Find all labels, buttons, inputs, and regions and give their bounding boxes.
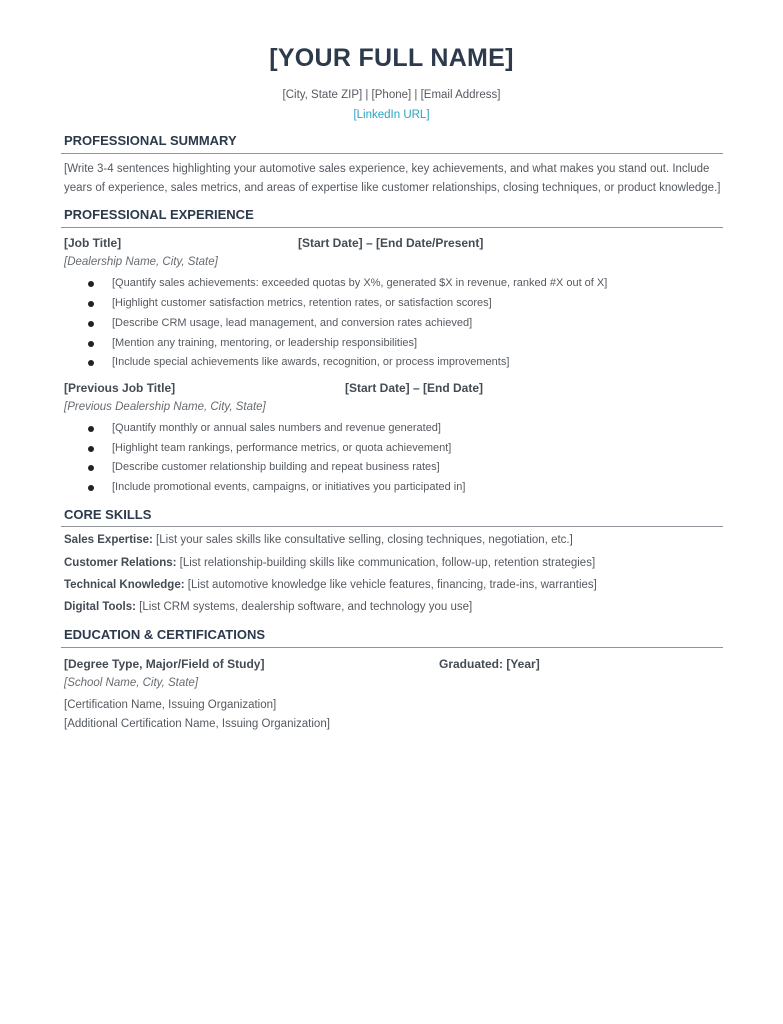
skill-text: [List CRM systems, dealership software, …: [136, 601, 472, 613]
section-divider: [61, 526, 723, 527]
job-bullet: [Describe CRM usage, lead management, an…: [112, 317, 472, 329]
summary-line: years of experience, sales metrics, and …: [64, 182, 720, 194]
experience-heading: PROFESSIONAL EXPERIENCE: [64, 207, 254, 222]
skill-label: Sales Expertise:: [64, 534, 153, 546]
bullet-icon: [88, 360, 94, 366]
job-bullet: [Include special achievements like award…: [112, 356, 509, 368]
bullet-icon: [88, 281, 94, 287]
section-divider: [61, 153, 723, 154]
job-bullet: [Highlight team rankings, performance me…: [112, 442, 451, 454]
job-bullet: [Highlight customer satisfaction metrics…: [112, 297, 492, 309]
job-dates: [Start Date] – [End Date/Present]: [298, 236, 483, 250]
skill-text: [List your sales skills like consultativ…: [153, 534, 573, 546]
job-bullet: [Include promotional events, campaigns, …: [112, 481, 465, 493]
summary-heading: PROFESSIONAL SUMMARY: [64, 133, 237, 148]
section-divider: [61, 647, 723, 648]
school-name: [School Name, City, State]: [64, 677, 198, 689]
resume-page: [YOUR FULL NAME] [City, State ZIP] | [Ph…: [0, 0, 783, 1024]
bullet-icon: [88, 301, 94, 307]
job-dates: [Start Date] – [End Date]: [345, 381, 483, 395]
skill-label: Customer Relations:: [64, 557, 176, 569]
certification: [Additional Certification Name, Issuing …: [64, 718, 330, 730]
bullet-icon: [88, 446, 94, 452]
bullet-icon: [88, 465, 94, 471]
bullet-icon: [88, 426, 94, 432]
contact-line: [City, State ZIP] | [Phone] | [Email Add…: [0, 89, 783, 101]
certification: [Certification Name, Issuing Organizatio…: [64, 699, 276, 711]
skills-heading: CORE SKILLS: [64, 507, 151, 522]
education-heading: EDUCATION & CERTIFICATIONS: [64, 627, 265, 642]
summary-line: [Write 3-4 sentences highlighting your a…: [64, 163, 709, 175]
job-bullet: [Quantify monthly or annual sales number…: [112, 422, 441, 434]
job-bullet: [Mention any training, mentoring, or lea…: [112, 337, 417, 349]
job-company: [Previous Dealership Name, City, State]: [64, 401, 266, 413]
bullet-icon: [88, 321, 94, 327]
bullet-icon: [88, 485, 94, 491]
skill-row: Customer Relations: [List relationship-b…: [64, 557, 595, 569]
job-bullet: [Quantify sales achievements: exceeded q…: [112, 277, 607, 289]
full-name: [YOUR FULL NAME]: [0, 44, 783, 73]
skill-text: [List automotive knowledge like vehicle …: [185, 579, 597, 591]
skill-row: Digital Tools: [List CRM systems, dealer…: [64, 601, 472, 613]
job-title: [Previous Job Title]: [64, 381, 175, 395]
job-bullet: [Describe customer relationship building…: [112, 461, 440, 473]
skill-row: Technical Knowledge: [List automotive kn…: [64, 579, 597, 591]
bullet-icon: [88, 341, 94, 347]
skill-label: Technical Knowledge:: [64, 579, 185, 591]
skill-label: Digital Tools:: [64, 601, 136, 613]
degree: [Degree Type, Major/Field of Study]: [64, 657, 264, 671]
job-company: [Dealership Name, City, State]: [64, 256, 218, 268]
graduation-year: Graduated: [Year]: [439, 657, 540, 671]
linkedin-link[interactable]: [LinkedIn URL]: [0, 109, 783, 121]
skill-text: [List relationship-building skills like …: [176, 557, 595, 569]
section-divider: [61, 227, 723, 228]
job-title: [Job Title]: [64, 236, 121, 250]
skill-row: Sales Expertise: [List your sales skills…: [64, 534, 573, 546]
